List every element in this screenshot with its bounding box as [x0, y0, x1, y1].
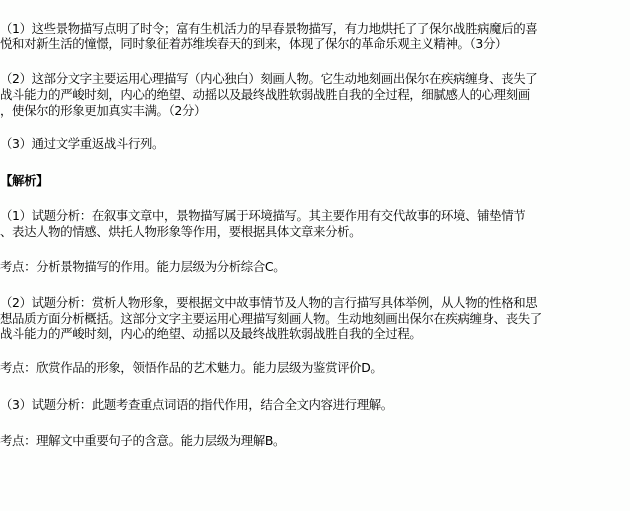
analysis-1-line-1: （1）试题分析：在叙事文章中，景物描写属于环境描写。其主要作用有交代故事的环境、… — [0, 208, 525, 223]
key-point-1: 考点：分析景物描写的作用。能力层级为分析综合C。 — [0, 259, 285, 274]
key-point-3: 考点：理解文中重要句子的含意。能力层级为理解B。 — [0, 433, 285, 448]
analysis-heading: 【解析】 — [0, 173, 48, 188]
answer-1-line-1: （1）这些景物描写点明了时令；富有生机活力的早春景物描写，有力地烘托了了保尔战胜… — [0, 21, 537, 36]
analysis-3: （3）试题分析：此题考查重点词语的指代作用，结合全文内容进行理解。 — [0, 397, 393, 412]
analysis-2-line-1: （2）试题分析：赏析人物形象，要根据文中故事情节及人物的言行描写具体举例，从人物… — [0, 295, 537, 310]
answer-3: （3）通过文学重返战斗行列。 — [0, 136, 164, 151]
answer-1-line-2: 悦和对新生活的憧憬，同时象征着苏维埃春天的到来，体现了保尔的革命乐观主义精神。（… — [0, 36, 507, 51]
answer-2-line-1: （2）这部分文字主要运用心理描写（内心独白）刻画人物。它生动地刻画出保尔在疾病缠… — [0, 71, 537, 86]
analysis-2-line-3: 战斗能力的严峻时刻，内心的绝望、动摇以及最终战胜软弱战胜自我的全过程。 — [0, 326, 421, 341]
analysis-2-line-2: 想品质方面分析概括。这部分文字主要运用心理描写刻画人物。生动地刻画出保尔在疾病缠… — [0, 311, 542, 326]
key-point-2: 考点：欣赏作品的形象，领悟作品的艺术魅力。能力层级为鉴赏评价D。 — [0, 360, 382, 375]
answer-2-line-2: 战斗能力的严峻时刻，内心的绝望、动摇以及最终战胜软弱战胜自我的全过程，细腻感人的… — [0, 87, 530, 102]
analysis-1-line-2: 、表达人物的情感、烘托人物形象等作用，要根据具体文章来分析。 — [0, 224, 361, 239]
answer-2-line-3: ，使保尔的形象更加真实丰满。（2分） — [0, 103, 206, 118]
